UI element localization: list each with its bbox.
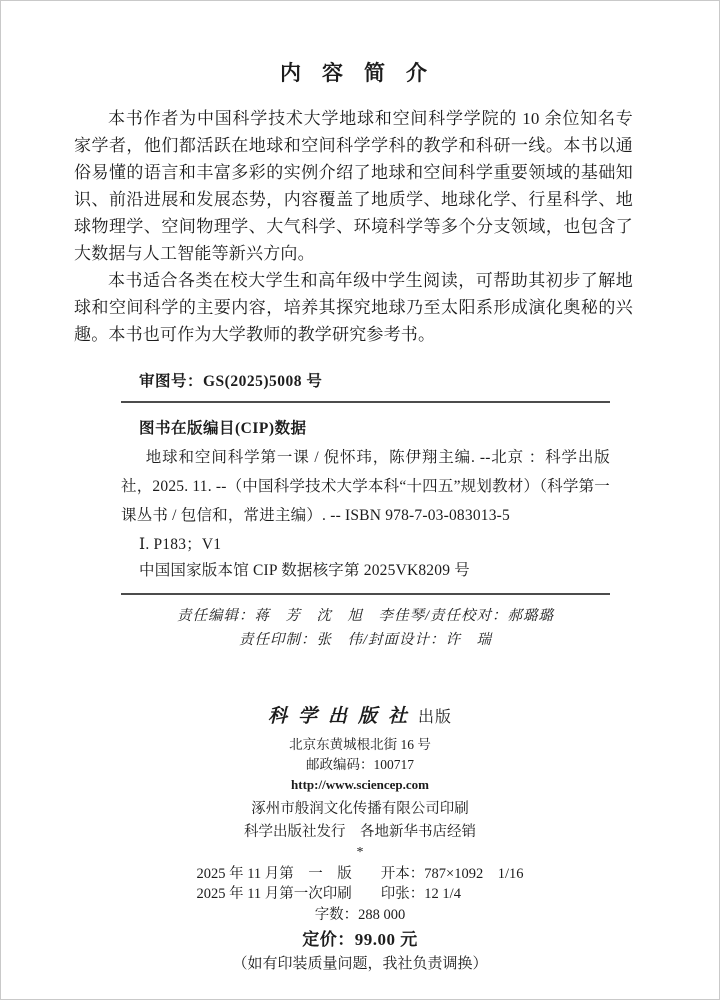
copyright-page: 内容简介 本书作者为中国科学技术大学地球和空间科学学院的 10 余位知名专家学者… xyxy=(0,0,720,1000)
cip-registry-number: 中国国家版本馆 CIP 数据核字第 2025VK8209 号 xyxy=(121,558,610,584)
exchange-note: （如有印装质量问题，我社负责调换） xyxy=(1,952,719,977)
word-count: 字数：288 000 xyxy=(1,904,719,926)
star-separator: * xyxy=(1,843,719,863)
summary-paragraph-1: 本书作者为中国科学技术大学地球和空间科学学院的 10 余位知名专家学者，他们都活… xyxy=(74,105,633,267)
cip-divider-top xyxy=(121,401,610,403)
publisher-suffix: 出版 xyxy=(418,709,452,726)
imprint-section: 科学出版社出版 北京东黄城根北街 16 号 邮政编码：100717 http:/… xyxy=(1,701,719,977)
edition-info: 2025 年 11 月第 一 版 开本：787×1092 1/16 2025 年… xyxy=(196,864,523,904)
price: 定价：99.00 元 xyxy=(1,928,719,952)
cip-data-block: 审图号：GS(2025)5008 号 图书在版编目(CIP)数据 地球和空间科学… xyxy=(121,369,610,652)
publisher-line: 科学出版社出版 xyxy=(1,701,719,728)
credits-editors: 责任编辑：蒋 芳 沈 旭 李佳琴/责任校对：郝璐璐 xyxy=(121,604,610,628)
map-approval-number: 审图号：GS(2025)5008 号 xyxy=(121,369,610,391)
printer-line: 涿州市般润文化传播有限公司印刷 xyxy=(1,798,719,821)
credits-print-design: 责任印制：张 伟/封面设计：许 瑞 xyxy=(121,628,610,652)
staff-credits: 责任编辑：蒋 芳 沈 旭 李佳琴/责任校对：郝璐璐 责任印制：张 伟/封面设计：… xyxy=(121,604,610,652)
edition-line: 2025 年 11 月第 一 版 开本：787×1092 1/16 xyxy=(196,864,523,884)
publisher-logo: 科学出版社 xyxy=(268,706,418,727)
cip-heading: 图书在版编目(CIP)数据 xyxy=(121,416,610,438)
cip-classification: Ⅰ. P183；V1 xyxy=(121,532,610,558)
impression-line: 2025 年 11 月第一次印刷 印张：12 1/4 xyxy=(196,884,523,904)
content-summary-section: 内容简介 本书作者为中国科学技术大学地球和空间科学学院的 10 余位知名专家学者… xyxy=(1,57,719,348)
distribution-line: 科学出版社发行 各地新华书店经销 xyxy=(1,821,719,843)
publisher-website: http://www.sciencep.com xyxy=(1,775,719,794)
publisher-address: 北京东黄城根北街 16 号 xyxy=(1,735,719,755)
cip-divider-bottom xyxy=(121,593,610,595)
cip-record: 地球和空间科学第一课 / 倪怀玮，陈伊翔主编. --北京 ：科学出版社，2025… xyxy=(121,443,610,530)
section-title: 内容简介 xyxy=(74,57,633,87)
publisher-postcode: 邮政编码：100717 xyxy=(1,755,719,775)
summary-paragraph-2: 本书适合各类在校大学生和高年级中学生阅读，可帮助其初步了解地球和空间科学的主要内… xyxy=(74,267,633,348)
